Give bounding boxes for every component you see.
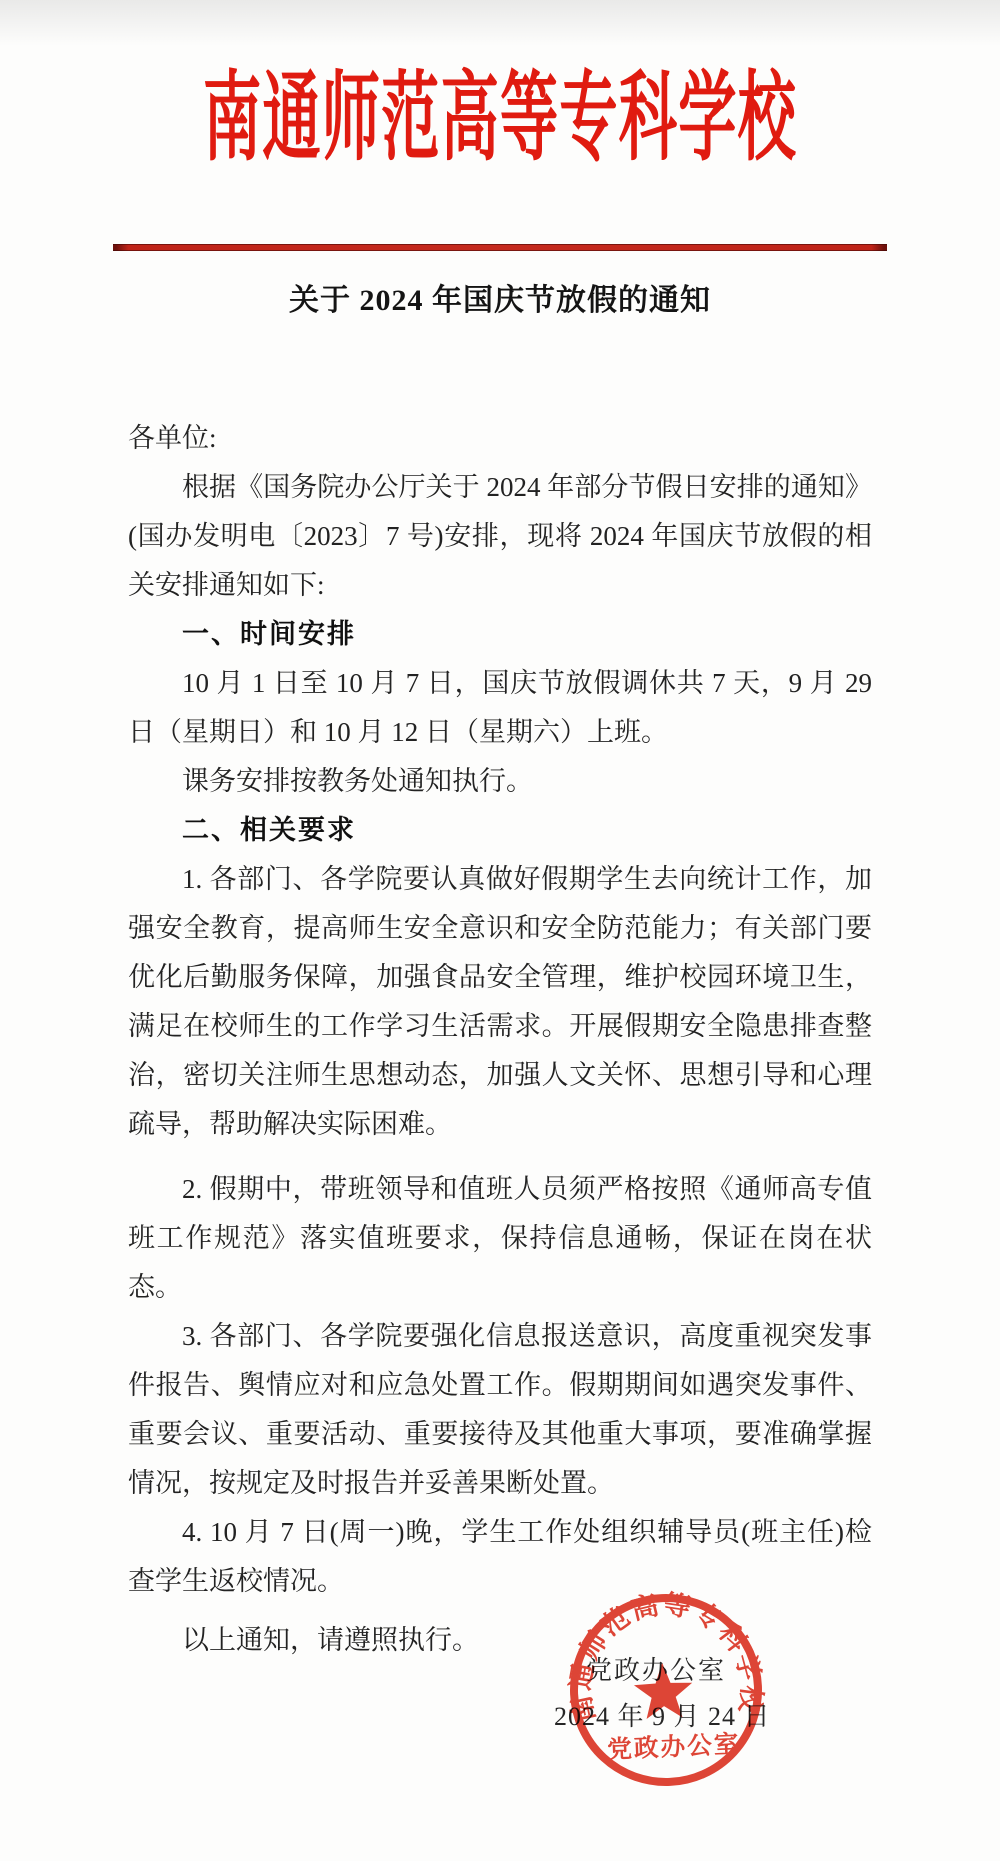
requirement-3-paragraph: 3. 各部门、各学院要强化信息报送意识，高度重视突发事件报告、舆情应对和应急处置… <box>128 1312 872 1508</box>
requirement-1-paragraph: 1. 各部门、各学院要认真做好假期学生去向统计工作，加强安全教育，提高师生安全意… <box>128 855 872 1149</box>
requirement-2-paragraph: 2. 假期中，带班领导和值班人员须严格按照《通师高专值班工作规范》落实值班要求，… <box>128 1165 872 1312</box>
section-2-heading: 二、相关要求 <box>128 806 872 855</box>
document-title: 关于 2024 年国庆节放假的通知 <box>0 281 1000 320</box>
official-stamp: 南通师范高等专科学校 党政办公室 <box>562 1586 771 1795</box>
holiday-dates-paragraph: 10 月 1 日至 10 月 7 日，国庆节放假调休共 7 天，9 月 29 日… <box>128 659 872 757</box>
class-arrangement-paragraph: 课务安排按教务处通知执行。 <box>128 757 872 806</box>
letterhead-school-name: 南通师范高等专科学校 <box>200 70 800 167</box>
intro-paragraph: 根据《国务院办公厅关于 2024 年部分节假日安排的通知》(国办发明电〔2023… <box>128 463 872 610</box>
star-icon <box>633 1662 694 1720</box>
stamp-bottom-text: 党政办公室 <box>607 1730 741 1764</box>
document-body: 各单位: 根据《国务院办公厅关于 2024 年部分节假日安排的通知》(国办发明电… <box>128 414 872 1665</box>
letterhead-divider-rule <box>113 244 887 251</box>
notice-document-page: 南通师范高等专科学校 关于 2024 年国庆节放假的通知 各单位: 根据《国务院… <box>0 0 1000 1861</box>
section-1-heading: 一、时间安排 <box>128 610 872 659</box>
salutation: 各单位: <box>128 414 872 463</box>
